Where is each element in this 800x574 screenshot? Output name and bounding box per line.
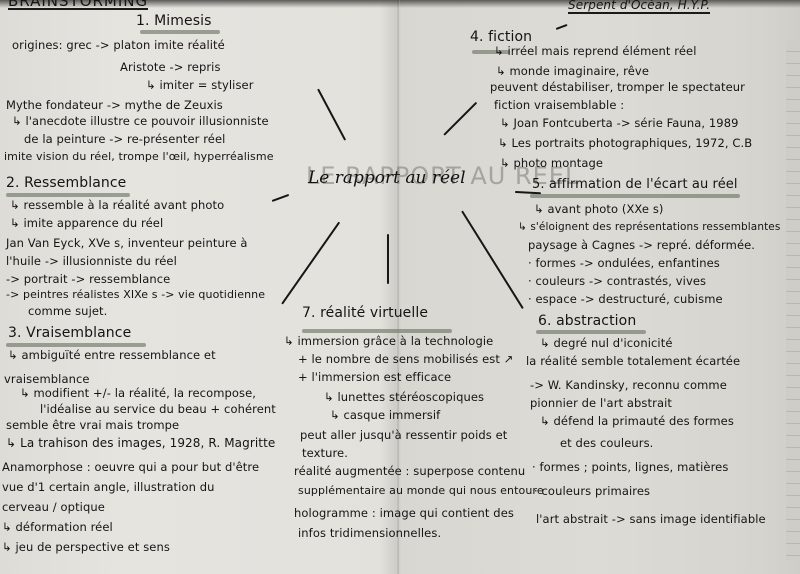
fiction-line: ↳ irréel mais reprend élément réel	[494, 44, 697, 58]
connector-line-reference	[556, 24, 568, 30]
fiction-line: fiction vraisemblable :	[494, 98, 624, 112]
connector-line-abstraction	[461, 210, 524, 309]
realite-virtuelle-line: + le nombre de sens mobilisés est ↗	[298, 352, 514, 366]
realite-virtuelle-line: supplémentaire au monde qui nous entoure	[298, 484, 544, 498]
realite-virtuelle-line: infos tridimensionnelles.	[298, 526, 441, 540]
reference-title: Serpent d'Océan, H.Y.P.	[568, 0, 710, 14]
highlight-realite-virtuelle	[302, 329, 452, 333]
section-title-mimesis: 1. Mimesis	[136, 14, 212, 28]
vraisemblance-line: cerveau / optique	[2, 500, 105, 514]
realite-virtuelle-line: ↳ casque immersif	[330, 408, 440, 422]
ressemblance-line: comme sujet.	[28, 304, 107, 318]
connector-line-vraisemblance	[281, 222, 340, 305]
affirmation-line: · formes -> ondulées, enfantines	[528, 256, 720, 270]
affirmation-line: ↳ avant photo (XXe s)	[534, 202, 664, 216]
abstraction-line: l'art abstrait -> sans image identifiabl…	[536, 512, 766, 526]
vraisemblance-line: semble être vrai mais trompe	[6, 418, 179, 432]
ressemblance-line: Jan Van Eyck, XVe s, inventeur peinture …	[6, 236, 248, 250]
central-topic: LE RAPPORT AU RÉEL Le rapport au réel	[300, 162, 500, 192]
realite-virtuelle-line: texture.	[302, 446, 348, 460]
mimesis-line: de la peinture -> re-présenter réel	[24, 132, 225, 146]
page-edge-lines	[786, 40, 800, 560]
vraisemblance-magritte: ↳ La trahison des images, 1928, R. Magri…	[6, 436, 275, 450]
highlight-ressemblance	[6, 193, 130, 197]
abstraction-line: ↳ défend la primauté des formes	[540, 414, 734, 428]
vraisemblance-line: ↳ jeu de perspective et sens	[2, 540, 170, 554]
abstraction-line: ↳ degré nul d'iconicité	[540, 336, 673, 350]
ressemblance-line: -> peintres réalistes XIXe s -> vie quot…	[6, 288, 265, 302]
affirmation-line: · espace -> destructuré, cubisme	[528, 292, 723, 306]
mimesis-line: ↳ imiter = styliser	[146, 78, 254, 92]
vraisemblance-line: vue d'1 certain angle, illustration du	[2, 480, 215, 494]
realite-virtuelle-line: ↳ lunettes stéréoscopiques	[324, 390, 484, 404]
ressemblance-line: ↳ imite apparence du réel	[10, 216, 163, 230]
affirmation-line: · couleurs -> contrastés, vives	[528, 274, 706, 288]
connector-line-mimesis	[317, 89, 346, 141]
fiction-line: peuvent déstabiliser, tromper le spectat…	[490, 80, 745, 94]
mimesis-line: origines: grec -> platon imite réalité	[12, 38, 225, 52]
realite-virtuelle-line: peut aller jusqu'à ressentir poids et	[300, 428, 507, 442]
connector-line-realite-virtuelle	[387, 234, 389, 284]
connector-line-ressemblance	[272, 194, 290, 202]
fiction-line: ↳ monde imaginaire, rêve	[496, 64, 649, 78]
highlight-abstraction	[536, 330, 646, 334]
abstraction-line: -> W. Kandinsky, reconnu comme	[530, 378, 727, 392]
realite-virtuelle-line: réalité augmentée : superpose contenu	[294, 464, 525, 478]
mimesis-line: ↳ l'anecdote illustre ce pouvoir illusio…	[12, 114, 269, 128]
connector-line-fiction	[443, 102, 477, 136]
section-title-realite-virtuelle: 7. réalité virtuelle	[302, 306, 428, 320]
highlight-mimesis	[140, 30, 220, 34]
vraisemblance-line: Anamorphose : oeuvre qui a pour but d'êt…	[2, 460, 259, 474]
affirmation-line: paysage à Cagnes -> repré. déformée.	[528, 238, 755, 252]
affirmation-line: ↳ s'éloignent des représentations ressem…	[518, 220, 780, 234]
ressemblance-line: l'huile -> illusionniste du réel	[6, 254, 177, 268]
ressemblance-line: -> portrait -> ressemblance	[6, 272, 170, 286]
mimesis-line: Aristote -> repris	[120, 60, 221, 74]
vraisemblance-line: ↳ ambiguïté entre ressemblance et	[8, 348, 216, 362]
section-title-vraisemblance: 3. Vraisemblance	[8, 326, 131, 340]
vraisemblance-line: l'idéalise au service du beau + cohérent	[40, 402, 276, 416]
abstraction-line: · formes ; points, lignes, matières	[532, 460, 728, 474]
mimesis-line: imite vision du réel, trompe l'œil, hype…	[4, 150, 274, 164]
section-title-ressemblance: 2. Ressemblance	[6, 176, 126, 190]
highlight-affirmation	[530, 194, 740, 198]
fiction-fontcuberta: ↳ Joan Fontcuberta -> série Fauna, 1989	[500, 116, 739, 130]
abstraction-line: la réalité semble totalement écartée	[526, 354, 740, 368]
vraisemblance-line: ↳ modifient +/- la réalité, la recompose…	[20, 386, 256, 400]
section-title-abstraction: 6. abstraction	[538, 314, 636, 328]
vraisemblance-line: ↳ déformation réel	[2, 520, 113, 534]
realite-virtuelle-line: hologramme : image qui contient des	[294, 506, 514, 520]
fiction-line: ↳ photo montage	[500, 156, 603, 170]
realite-virtuelle-line: ↳ immersion grâce à la technologie	[284, 334, 493, 348]
fiction-portraits: ↳ Les portraits photographiques, 1972, C…	[498, 136, 752, 150]
vraisemblance-line: vraisemblance	[4, 372, 90, 386]
highlight-vraisemblance	[6, 343, 146, 347]
brainstorming-title: BRAINSTORMING	[8, 0, 148, 10]
abstraction-line: · couleurs primaires	[534, 484, 650, 498]
central-topic-title: Le rapport au réel	[308, 168, 466, 188]
section-title-fiction: 4. fiction	[470, 30, 532, 44]
section-title-affirmation: 5. affirmation de l'écart au réel	[532, 178, 738, 192]
abstraction-line: pionnier de l'art abstrait	[530, 396, 672, 410]
notebook-page: BRAINSTORMING Serpent d'Océan, H.Y.P. 1.…	[0, 0, 800, 574]
realite-virtuelle-line: + l'immersion est efficace	[298, 370, 451, 384]
abstraction-line: et des couleurs.	[560, 436, 653, 450]
mimesis-line: Mythe fondateur -> mythe de Zeuxis	[6, 98, 223, 112]
ressemblance-line: ↳ ressemble à la réalité avant photo	[10, 198, 224, 212]
